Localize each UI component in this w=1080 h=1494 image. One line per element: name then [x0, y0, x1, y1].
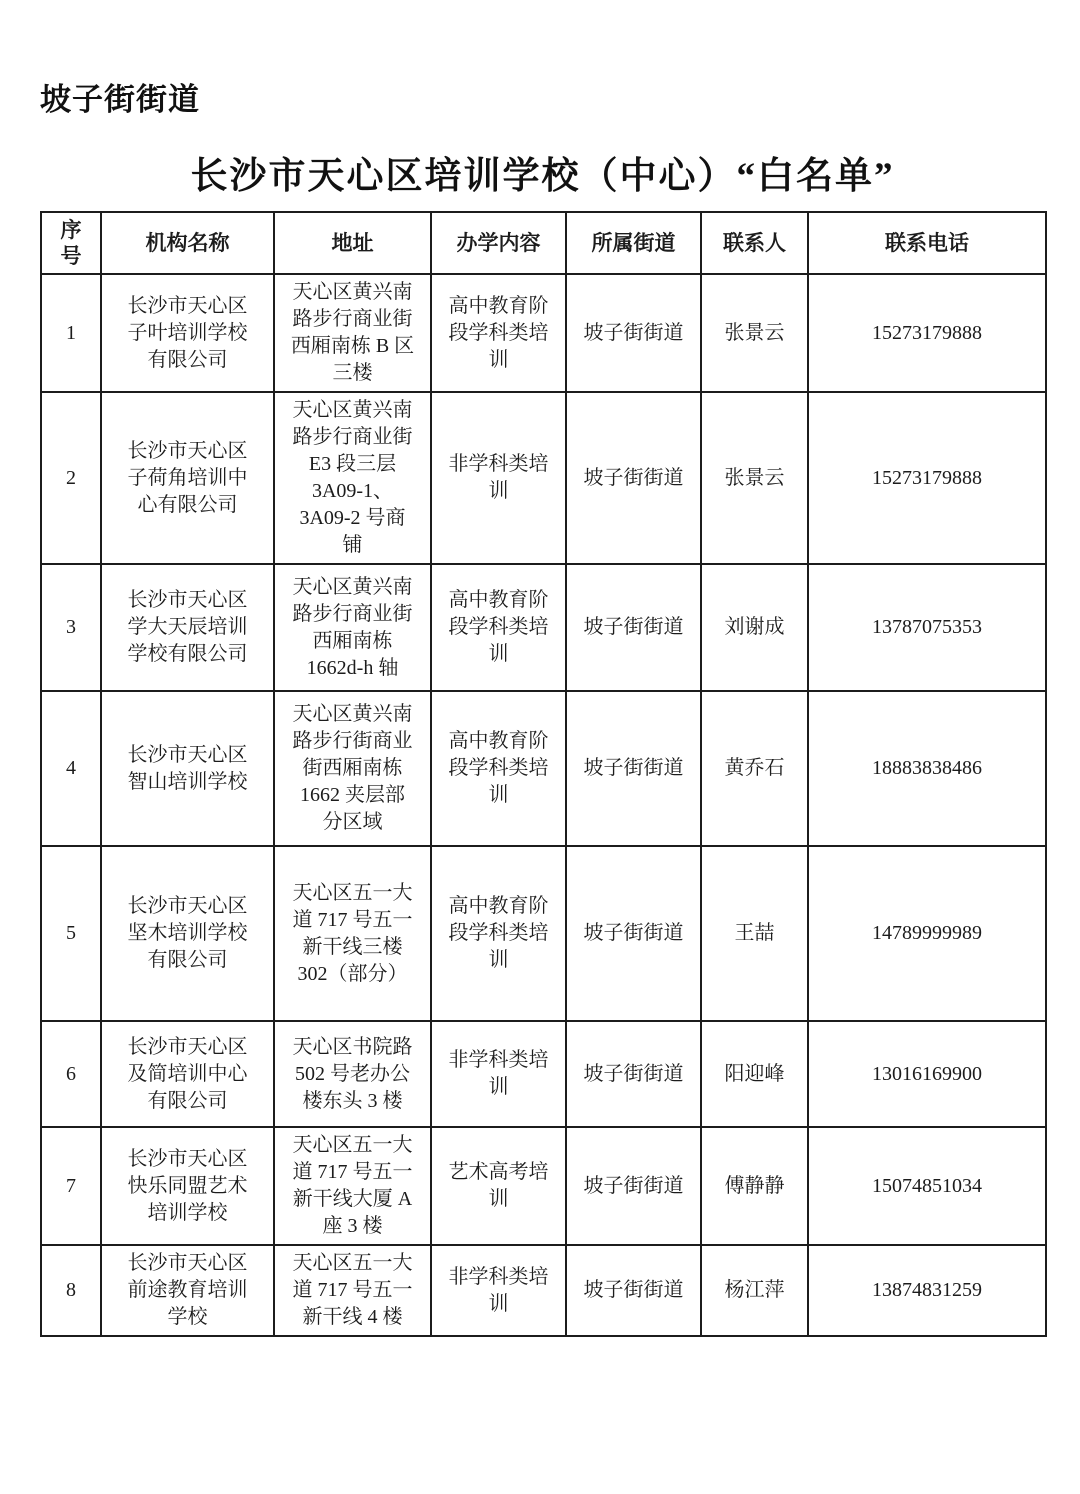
table-row: 8 长沙市天心区 前途教育培训 学校 天心区五一大 道 717 号五一 新干线 …: [41, 1245, 1046, 1336]
cell-content: 高中教育阶 段学科类培 训: [431, 846, 566, 1021]
cell-address: 天心区五一大 道 717 号五一 新干线大厦 A 座 3 楼: [274, 1127, 431, 1245]
cell-name: 长沙市天心区 坚木培训学校 有限公司: [101, 846, 274, 1021]
cell-phone: 13874831259: [808, 1245, 1046, 1336]
cell-contact: 刘谢成: [701, 564, 808, 691]
cell-street: 坡子街街道: [566, 274, 701, 392]
column-header-name: 机构名称: [101, 212, 274, 274]
table-row: 3 长沙市天心区 学大天辰培训 学校有限公司 天心区黄兴南 路步行商业街 西厢南…: [41, 564, 1046, 691]
table-row: 1 长沙市天心区 子叶培训学校 有限公司 天心区黄兴南 路步行商业街 西厢南栋 …: [41, 274, 1046, 392]
cell-contact: 傅静静: [701, 1127, 808, 1245]
cell-phone: 14789999989: [808, 846, 1046, 1021]
cell-address: 天心区黄兴南 路步行商业街 西厢南栋 1662d-h 轴: [274, 564, 431, 691]
cell-name: 长沙市天心区 前途教育培训 学校: [101, 1245, 274, 1336]
column-header-content: 办学内容: [431, 212, 566, 274]
cell-name: 长沙市天心区 及简培训中心 有限公司: [101, 1021, 274, 1127]
column-header-street: 所属街道: [566, 212, 701, 274]
page-title: 长沙市天心区培训学校（中心）“白名单”: [40, 145, 1045, 199]
cell-street: 坡子街街道: [566, 846, 701, 1021]
cell-contact: 张景云: [701, 392, 808, 564]
cell-street: 坡子街街道: [566, 1245, 701, 1336]
table-row: 4 长沙市天心区 智山培训学校 天心区黄兴南 路步行街商业 街西厢南栋 1662…: [41, 691, 1046, 846]
cell-address: 天心区五一大 道 717 号五一 新干线三楼 302（部分）: [274, 846, 431, 1021]
cell-index: 7: [41, 1127, 101, 1245]
cell-address: 天心区五一大 道 717 号五一 新干线 4 楼: [274, 1245, 431, 1336]
column-header-index: 序 号: [41, 212, 101, 274]
cell-content: 艺术高考培 训: [431, 1127, 566, 1245]
table-header-row: 序 号 机构名称 地址 办学内容 所属街道 联系人 联系电话: [41, 212, 1046, 274]
cell-address: 天心区黄兴南 路步行街商业 街西厢南栋 1662 夹层部 分区域: [274, 691, 431, 846]
table-row: 6 长沙市天心区 及简培训中心 有限公司 天心区书院路 502 号老办公 楼东头…: [41, 1021, 1046, 1127]
cell-index: 4: [41, 691, 101, 846]
table-row: 2 长沙市天心区 子荷角培训中 心有限公司 天心区黄兴南 路步行商业街 E3 段…: [41, 392, 1046, 564]
document-header: 坡子街街道: [40, 74, 1080, 119]
cell-name: 长沙市天心区 子叶培训学校 有限公司: [101, 274, 274, 392]
cell-street: 坡子街街道: [566, 564, 701, 691]
cell-content: 高中教育阶 段学科类培 训: [431, 691, 566, 846]
cell-phone: 18883838486: [808, 691, 1046, 846]
column-header-phone: 联系电话: [808, 212, 1046, 274]
cell-phone: 13787075353: [808, 564, 1046, 691]
cell-address: 天心区书院路 502 号老办公 楼东头 3 楼: [274, 1021, 431, 1127]
cell-name: 长沙市天心区 子荷角培训中 心有限公司: [101, 392, 274, 564]
cell-phone: 13016169900: [808, 1021, 1046, 1127]
cell-name: 长沙市天心区 快乐同盟艺术 培训学校: [101, 1127, 274, 1245]
cell-content: 非学科类培 训: [431, 1021, 566, 1127]
cell-index: 1: [41, 274, 101, 392]
cell-content: 非学科类培 训: [431, 1245, 566, 1336]
cell-contact: 阳迎峰: [701, 1021, 808, 1127]
cell-name: 长沙市天心区 智山培训学校: [101, 691, 274, 846]
column-header-address: 地址: [274, 212, 431, 274]
cell-street: 坡子街街道: [566, 1127, 701, 1245]
cell-name: 长沙市天心区 学大天辰培训 学校有限公司: [101, 564, 274, 691]
table-row: 5 长沙市天心区 坚木培训学校 有限公司 天心区五一大 道 717 号五一 新干…: [41, 846, 1046, 1021]
column-header-contact: 联系人: [701, 212, 808, 274]
cell-content: 非学科类培 训: [431, 392, 566, 564]
cell-phone: 15074851034: [808, 1127, 1046, 1245]
cell-contact: 黄乔石: [701, 691, 808, 846]
cell-street: 坡子街街道: [566, 392, 701, 564]
cell-street: 坡子街街道: [566, 1021, 701, 1127]
table-row: 7 长沙市天心区 快乐同盟艺术 培训学校 天心区五一大 道 717 号五一 新干…: [41, 1127, 1046, 1245]
table-body: 1 长沙市天心区 子叶培训学校 有限公司 天心区黄兴南 路步行商业街 西厢南栋 …: [41, 274, 1046, 1336]
cell-content: 高中教育阶 段学科类培 训: [431, 564, 566, 691]
cell-contact: 张景云: [701, 274, 808, 392]
cell-content: 高中教育阶 段学科类培 训: [431, 274, 566, 392]
cell-phone: 15273179888: [808, 392, 1046, 564]
cell-index: 6: [41, 1021, 101, 1127]
cell-index: 5: [41, 846, 101, 1021]
cell-address: 天心区黄兴南 路步行商业街 西厢南栋 B 区 三楼: [274, 274, 431, 392]
cell-phone: 15273179888: [808, 274, 1046, 392]
cell-street: 坡子街街道: [566, 691, 701, 846]
cell-address: 天心区黄兴南 路步行商业街 E3 段三层 3A09-1、 3A09-2 号商 铺: [274, 392, 431, 564]
whitelist-table: 序 号 机构名称 地址 办学内容 所属街道 联系人 联系电话 1 长沙市天心区 …: [40, 211, 1047, 1337]
cell-index: 2: [41, 392, 101, 564]
cell-index: 8: [41, 1245, 101, 1336]
cell-index: 3: [41, 564, 101, 691]
cell-contact: 王喆: [701, 846, 808, 1021]
cell-contact: 杨江萍: [701, 1245, 808, 1336]
